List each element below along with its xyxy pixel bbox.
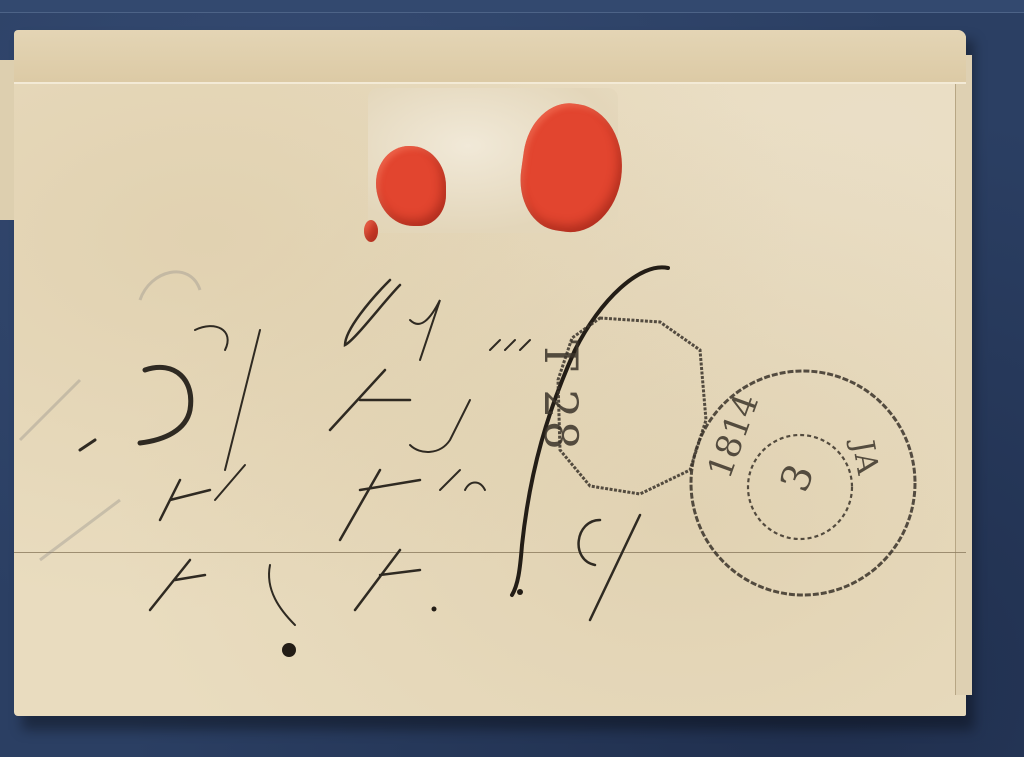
letter-right-fold xyxy=(955,55,972,695)
fold-line xyxy=(14,552,966,553)
wax-drip xyxy=(364,220,378,242)
backdrop xyxy=(0,0,1024,13)
wax-seal-left xyxy=(376,146,446,226)
letter-top-flap xyxy=(14,30,966,84)
t28-stamp-text: T 28 xyxy=(534,340,588,452)
date-stamp-month: JA xyxy=(845,438,885,477)
